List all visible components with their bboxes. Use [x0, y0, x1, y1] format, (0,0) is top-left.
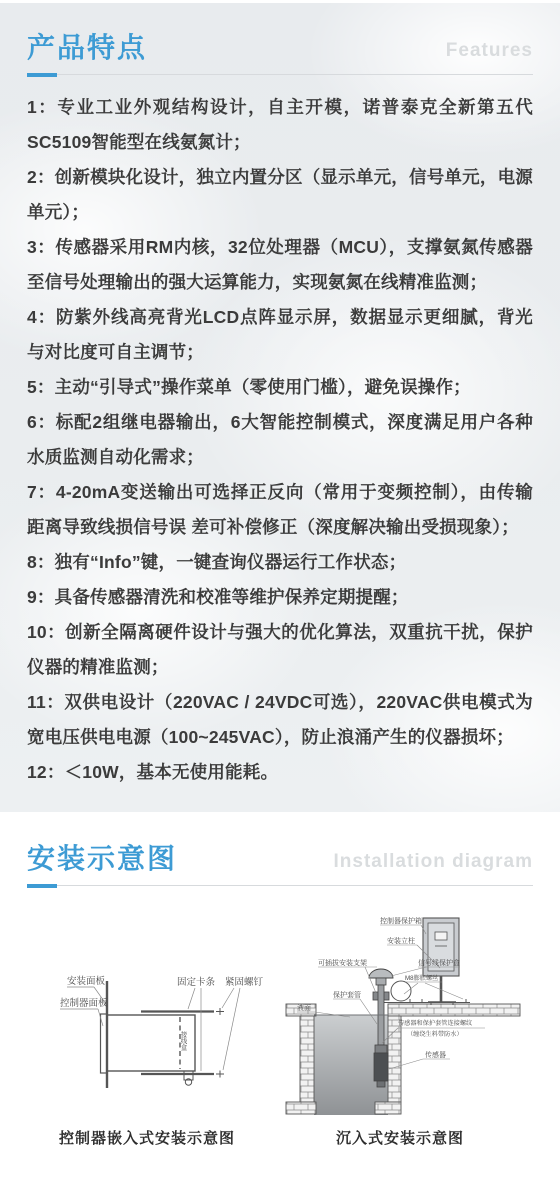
divider-line: [57, 74, 533, 75]
feature-item-8: 8：独有“Info”键，一键查询仪器运行工作状态；: [27, 545, 533, 580]
installation-title: 安装示意图: [27, 844, 177, 875]
accent-bar: [27, 884, 57, 888]
thread-note-line2: （缠绕生料带防水）: [407, 1030, 463, 1038]
anchor-screw-label: M8膨胀螺丝: [405, 974, 438, 982]
fastening-screw-label: 紧固螺钉: [225, 976, 264, 988]
signal-box-label: 信号线保护盒: [418, 958, 460, 967]
liquid-level-label: 液面: [297, 1003, 311, 1012]
features-header: 产品特点 Features: [27, 33, 533, 64]
feature-item-4: 4：防紫外线高亮背光LCD点阵显示屏，数据显示更细腻，背光与对比度可自主调节；: [27, 300, 533, 370]
feature-item-7: 7：4-20mA变送输出可选择正反向（常用于变频控制），由传输距离导致线损信号误…: [27, 475, 533, 545]
features-title-underline: [27, 73, 533, 77]
feature-item-10: 10：创新全隔离硬件设计与强大的优化算法，双重抗干扰，保护仪器的精准监测；: [27, 615, 533, 685]
thread-note-line1: 传感器和保护套管连接螺纹: [398, 1019, 472, 1027]
fastening-screw-top: [216, 1008, 224, 1015]
controller-box-label: 控制器保护箱: [380, 916, 422, 925]
fixing-clamp-label: 固定卡条: [177, 976, 216, 988]
protection-sleeve-label: 保护套管: [333, 990, 361, 999]
feature-item-5: 5：主动“引导式”操作菜单（零使用门槛），避免误操作；: [27, 370, 533, 405]
ground-slab: [388, 1004, 520, 1016]
embedded-install-drawing: 安装面板 控制器面板 固定卡条 紧固螺钉 接线盒: [27, 931, 267, 1103]
right-wall: [388, 1016, 401, 1102]
sensor-body: [374, 1053, 388, 1081]
mounting-panel-label: 安装面板: [67, 975, 106, 987]
right-wall-foot: [375, 1102, 401, 1114]
mounting-post-label: 安装立柱: [387, 936, 415, 945]
divider-line: [57, 885, 533, 886]
box-display: [435, 932, 447, 940]
submerged-install-drawing: 控制器保护箱 安装立柱 可插拔安装支架 信号线保护盒 M8膨胀螺丝 保护套管 液…: [270, 906, 530, 1121]
signal-box-cap: [369, 969, 393, 978]
feature-item-3: 3：传感器采用RM内核，32位处理器（MCU），支撑氨氮传感器至信号处理输出的强…: [27, 230, 533, 300]
feature-item-1: 1：专业工业外观结构设计，自主开模，诺普泰克全新第五代SC5109智能型在线氨氮…: [27, 90, 533, 160]
installation-header: 安装示意图 Installation diagram: [27, 844, 533, 875]
features-section: 产品特点 Features 1：专业工业外观结构设计，自主开模，诺普泰克全新第五…: [0, 3, 560, 812]
feature-item-9: 9：具备传感器清洗和校准等维护保养定期提醒；: [27, 580, 533, 615]
embedded-install-diagram: 安装面板 控制器面板 固定卡条 紧固螺钉 接线盒 控制器嵌入式安装示意图: [27, 906, 267, 1148]
installation-section: 安装示意图 Installation diagram: [0, 812, 560, 1204]
bracket-label: 可插拔安装支架: [318, 958, 367, 967]
feature-item-6: 6：标配2组继电器输出，6大智能控制模式，深度满足用户各种水质监测自动化需求；: [27, 405, 533, 475]
accent-bar: [27, 73, 57, 77]
embedded-diagram-caption: 控制器嵌入式安装示意图: [27, 1127, 267, 1148]
left-wall: [300, 1016, 314, 1102]
installation-title-underline: [27, 884, 533, 888]
controller-panel-label: 控制器面板: [60, 997, 108, 1009]
feature-item-2: 2：创新模块化设计，独立内置分区（显示单元，信号单元，电源单元）；: [27, 160, 533, 230]
submerged-install-diagram: 控制器保护箱 安装立柱 可插拔安装支架 信号线保护盒 M8膨胀螺丝 保护套管 液…: [267, 906, 533, 1148]
junction-box-label: 接线盒: [180, 1030, 187, 1051]
feature-item-11: 11：双供电设计（220VAC / 24VDC可选），220VAC供电模式为宽电…: [27, 685, 533, 755]
diagram-row: 安装面板 控制器面板 固定卡条 紧固螺钉 接线盒 控制器嵌入式安装示意图: [27, 906, 533, 1148]
feature-list: 1：专业工业外观结构设计，自主开模，诺普泰克全新第五代SC5109智能型在线氨氮…: [27, 90, 533, 790]
connection-thread: [375, 1045, 387, 1053]
installation-watermark: Installation diagram: [334, 851, 533, 875]
submerged-diagram-caption: 沉入式安装示意图: [267, 1127, 533, 1148]
sensor-label: 传感器: [425, 1050, 446, 1059]
fastening-screw-bottom: [216, 1070, 224, 1077]
left-wall-foot: [286, 1102, 316, 1114]
feature-item-12: 12：＜10W，基本无使用能耗。: [27, 755, 533, 790]
features-watermark: Features: [446, 40, 533, 64]
features-title: 产品特点: [27, 33, 147, 64]
